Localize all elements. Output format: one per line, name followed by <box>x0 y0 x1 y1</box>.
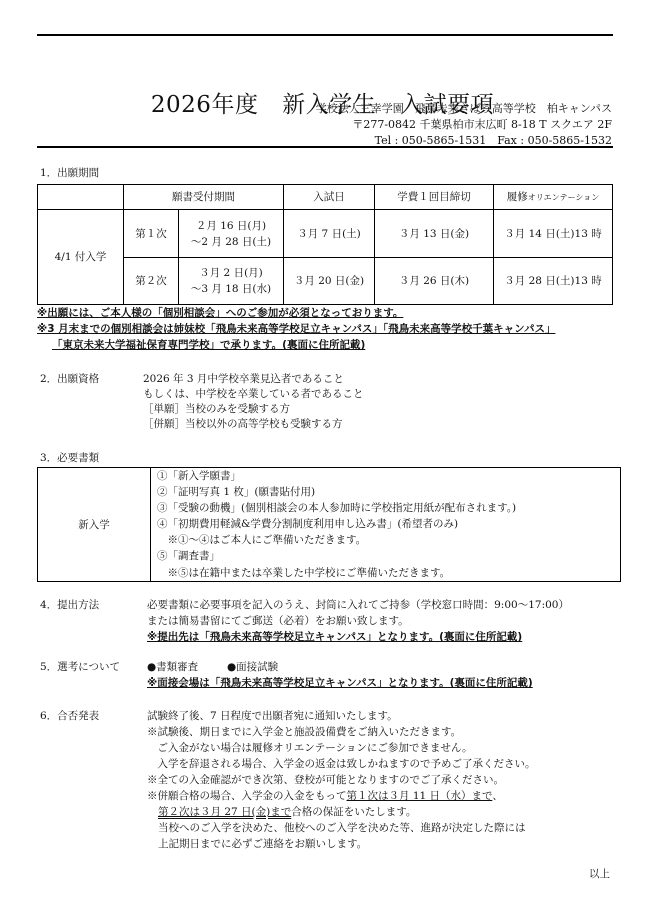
schedule-header-row: 願書受付期間 入試日 学費１回目締切 履修オリエンテーション <box>38 185 613 210</box>
document-item: ⑤「調査書」 <box>157 548 620 564</box>
exam-date: ３月 20 日(金) <box>284 258 375 305</box>
section6-heading: 6．合否発表 <box>40 708 99 723</box>
title-year: 2026年度 <box>151 92 259 118</box>
header-empty <box>38 185 124 210</box>
interview-venue-note: ※面接会場は「飛鳥未来高等学校足立キャンパス」となります。(裏面に住所記載) <box>147 675 533 690</box>
schedule-row: 4/1 付入学 第１次 ２月 16 日(月)～2 月 28 日(土) ３月 7 … <box>38 210 613 258</box>
header-orientation-main: 履修 <box>507 191 528 203</box>
section5-heading: 5．選考について <box>40 659 120 674</box>
exam-date: ３月 7 日(土) <box>284 210 375 258</box>
result-line: 当校へのご入学を決めた、他校へのご入学を決めた等、進路が決定した際には <box>158 820 526 835</box>
fee-deadline: ３月 26 日(木) <box>375 258 494 305</box>
document-item: ②「証明写真 1 枚」(願書貼付用) <box>157 484 620 500</box>
period-start: ３月 2 日(月) <box>179 265 283 281</box>
combo-prefix: ※併願合格の場合、入学金の入金をもって <box>147 790 347 802</box>
submission-line: 必要書類に必要事項を記入のうえ、封筒に入れてご持参（学校窓口時間：9:00～17… <box>147 597 569 612</box>
orientation-date: ３月 14 日(土)13 時 <box>494 210 613 258</box>
documents-row: 新入学 ①「新入学願書」 ②「証明写真 1 枚」(願書貼付用) ③「受験の動機」… <box>38 468 621 582</box>
eligibility-line: ［併願］当校以外の高等学校も受験する方 <box>143 416 343 431</box>
eligibility-line: 2026 年 3 月中学校卒業見込者であること <box>143 371 344 386</box>
application-period: ３月 2 日(月)～3 月 18 日(水) <box>179 258 284 305</box>
address: 〒277-0842 千葉県柏市末広町 8-18 T スクエア 2F <box>352 116 612 132</box>
result-line: 上記期日までに必ずご連絡をお願いします。 <box>158 836 367 851</box>
note-sister-schools: ※3 月末までの個別相談会は姉妹校「飛鳥未来高等学校足立キャンパス」「飛鳥未来高… <box>37 321 555 336</box>
round-label: 第１次 <box>124 210 179 258</box>
header-application-period: 願書受付期間 <box>124 185 284 210</box>
selection-document-review: ●書類審査 <box>147 659 198 674</box>
header-exam-date: 入試日 <box>284 185 375 210</box>
document-note: ※①～④はご本人にご準備いただきます。 <box>157 532 620 548</box>
section1-heading: 1．出願期間 <box>40 165 99 180</box>
eligibility-line: もしくは、中学校を卒業している者であること <box>143 386 364 401</box>
document-item: ③「受験の動機」(個別相談会の本人参加時に学校指定用紙が配布されます。) <box>157 500 620 516</box>
documents-table: 新入学 ①「新入学願書」 ②「証明写真 1 枚」(願書貼付用) ③「受験の動機」… <box>37 467 621 582</box>
header-rule <box>37 146 613 148</box>
fee-deadline: ３月 13 日(金) <box>375 210 494 258</box>
eligibility-line: ［単願］当校のみを受験する方 <box>143 401 290 416</box>
header-fee-deadline: 学費１回目締切 <box>375 185 494 210</box>
top-rule <box>37 34 613 36</box>
document-note: ※⑤は在籍中または卒業した中学校にご準備いただきます。 <box>157 565 620 581</box>
header-orientation-small: オリエンテーション <box>528 193 600 202</box>
period-start: ２月 16 日(月) <box>179 218 283 234</box>
header-orientation: 履修オリエンテーション <box>494 185 613 210</box>
round-label: 第２次 <box>124 258 179 305</box>
selection-interview: ●面接試験 <box>227 659 278 674</box>
section4-heading: 4．提出方法 <box>40 597 99 612</box>
combo-guarantee-line-2: 第２次は３月 27 日(金)まで合格の保証をいたします。 <box>158 804 416 819</box>
result-line: ※全ての入金確認ができ次第、登校が可能となりますのでご了承ください。 <box>147 772 504 787</box>
section2-heading: 2．出願資格 <box>40 371 99 386</box>
application-period: ２月 16 日(月)～2 月 28 日(土) <box>179 210 284 258</box>
combo-comma: 、 <box>492 790 503 802</box>
orientation-date: ３月 28 日(土)13 時 <box>494 258 613 305</box>
organization-name: 学校法人三幸学園 飛鳥未来きぼう高等学校 柏キャンパス <box>316 100 612 116</box>
document-item: ①「新入学願書」 <box>157 468 620 484</box>
combo-second-deadline: 第２次は３月 27 日(金)まで <box>158 806 291 818</box>
row-group-label: 4/1 付入学 <box>38 210 124 305</box>
period-end: ～3 月 18 日(水) <box>179 281 283 297</box>
result-line: ※試験後、期日までに入学金と施設設備費をご納入いただきます。 <box>147 724 461 739</box>
note-consultation-required: ※出願には、ご本人様の「個別相談会」へのご参加が必須となっております。 <box>37 305 403 320</box>
combo-guarantee-line: ※併願合格の場合、入学金の入金をもって第１次は３月 11 日（水）まで、 <box>147 788 503 803</box>
submission-line: または簡易書留にてご郵送（必着）をお願い致します。 <box>147 613 409 628</box>
schedule-row: 第２次 ３月 2 日(月)～3 月 18 日(水) ３月 20 日(金) ３月 … <box>38 258 613 305</box>
end-mark: 以上 <box>589 866 610 881</box>
period-end: ～2 月 28 日(土) <box>179 234 283 250</box>
combo-suffix: 合格の保証をいたします。 <box>291 806 416 818</box>
documents-category: 新入学 <box>38 468 151 582</box>
note-sister-schools-cont: 「東京未来大学福祉保育専門学校」で承ります。(裏面に住所記載) <box>52 337 365 352</box>
document-item: ④「初期費用軽減&学費分割制度利用申し込み書」(希望者のみ) <box>157 516 620 532</box>
combo-first-deadline: 第１次は３月 11 日（水）まで <box>347 790 493 802</box>
submission-destination-note: ※提出先は「飛鳥未来高等学校足立キャンパス」となります。(裏面に住所記載) <box>147 629 522 644</box>
schedule-table: 願書受付期間 入試日 学費１回目締切 履修オリエンテーション 4/1 付入学 第… <box>37 184 613 305</box>
result-line: 入学を辞退される場合、入学金の返金は致しかねますので予めご了承ください。 <box>147 756 536 771</box>
result-line: 試験終了後、7 日程度で出願者宛に通知いたします。 <box>147 708 398 723</box>
section3-heading: 3．必要書類 <box>40 450 99 465</box>
result-line: ご入金がない場合は履修オリエンテーションにご参加できません。 <box>147 740 473 755</box>
documents-list: ①「新入学願書」 ②「証明写真 1 枚」(願書貼付用) ③「受験の動機」(個別相… <box>151 468 621 582</box>
